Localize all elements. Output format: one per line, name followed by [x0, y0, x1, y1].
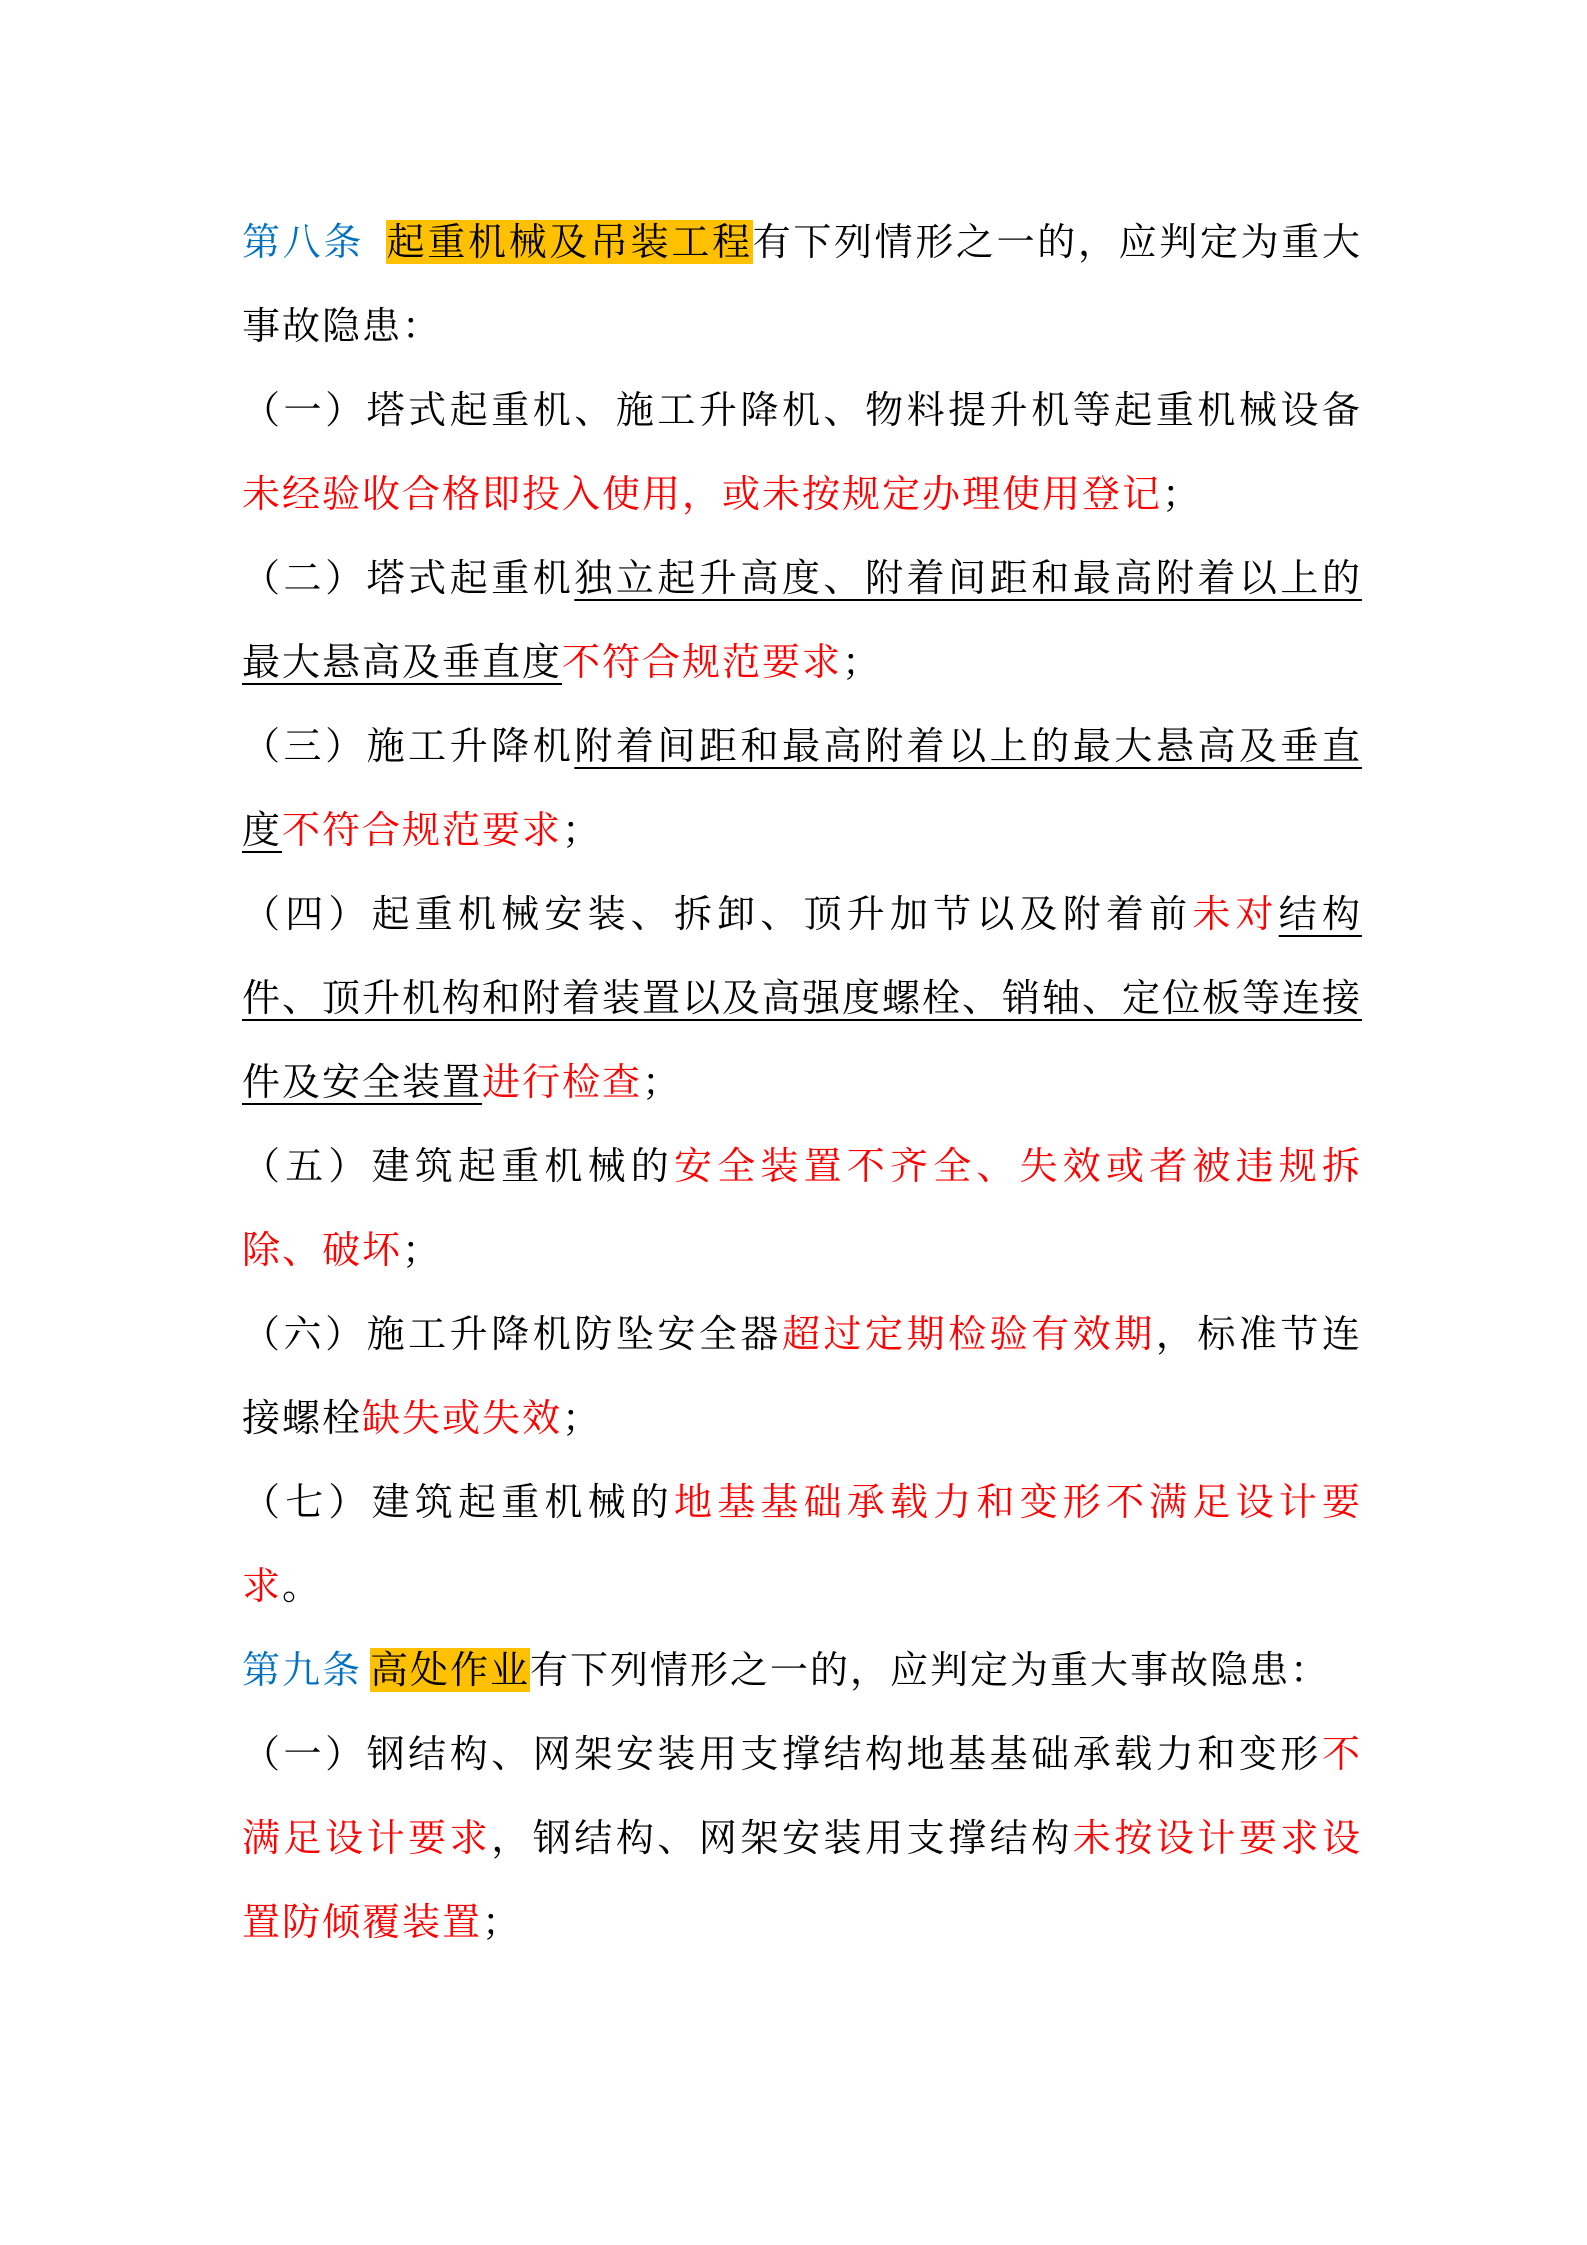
item-emphasis: 未经验收合格即投入使用，或未按规定办理使用登记 [242, 472, 1162, 516]
item-number: （六） [242, 1312, 367, 1356]
item-emphasis: 缺失或失效 [362, 1396, 562, 1440]
item-emphasis: 超过定期检验有效期 [782, 1312, 1156, 1356]
article-8-item-4: （四）起重机械安装、拆卸、顶升加节以及附着前未对结构件、顶升机构和附着装置以及高… [242, 872, 1362, 1124]
item-text: ，钢结构、网架安装用支撑结构 [491, 1816, 1073, 1860]
article-9-intro: 第九条高处作业有下列情形之一的，应判定为重大事故隐患： [242, 1628, 1362, 1712]
item-end: ； [402, 1228, 442, 1272]
article-9-intro-text: 有下列情形之一的，应判定为重大事故隐患： [530, 1648, 1330, 1692]
item-end: ； [482, 1900, 522, 1944]
article-8-item-7: （七）建筑起重机械的地基基础承载力和变形不满足设计要求。 [242, 1460, 1362, 1628]
article-9-topic-highlight: 高处作业 [370, 1648, 530, 1692]
article-9-item-1: （一）钢结构、网架安装用支撑结构地基基础承载力和变形不满足设计要求，钢结构、网架… [242, 1712, 1362, 1964]
item-number: （一） [242, 388, 367, 432]
item-emphasis: 不符合规范要求 [562, 640, 842, 684]
item-emphasis: 不符合规范要求 [282, 808, 562, 852]
item-number: （一） [242, 1732, 367, 1776]
item-number: （五） [242, 1144, 372, 1188]
article-8-item-2: （二）塔式起重机独立起升高度、附着间距和最高附着以上的最大悬高及垂直度不符合规范… [242, 536, 1362, 704]
item-end: ； [642, 1060, 682, 1104]
item-number: （二） [242, 556, 367, 600]
item-end: ； [562, 1396, 602, 1440]
item-text: 钢结构、网架安装用支撑结构地基基础承载力和变形 [367, 1732, 1322, 1776]
article-8-intro: 第八条起重机械及吊装工程有下列情形之一的，应判定为重大事故隐患： [242, 200, 1362, 368]
article-8-item-1: （一）塔式起重机、施工升降机、物料提升机等起重机械设备未经验收合格即投入使用，或… [242, 368, 1362, 536]
article-8-label: 第八条 [242, 220, 364, 264]
item-number: （七） [242, 1480, 372, 1524]
item-end: ； [1162, 472, 1202, 516]
article-9-label: 第九条 [242, 1648, 362, 1692]
article-8-item-3: （三）施工升降机附着间距和最高附着以上的最大悬高及垂直度不符合规范要求； [242, 704, 1362, 872]
article-8-item-5: （五）建筑起重机械的安全装置不齐全、失效或者被违规拆除、破坏； [242, 1124, 1362, 1292]
item-end: ； [842, 640, 882, 684]
item-text: 塔式起重机 [367, 556, 575, 600]
item-text: 建筑起重机械的 [372, 1144, 674, 1188]
article-8-topic-highlight: 起重机械及吊装工程 [386, 220, 753, 264]
item-text: 施工升降机 [367, 724, 575, 768]
item-number: （四） [242, 892, 372, 936]
item-text: 建筑起重机械的 [372, 1480, 674, 1524]
item-text: 塔式起重机、施工升降机、物料提升机等起重机械设备 [367, 388, 1362, 432]
item-number: （三） [242, 724, 367, 768]
item-end: 。 [282, 1564, 322, 1608]
document-page: 第八条起重机械及吊装工程有下列情形之一的，应判定为重大事故隐患： （一）塔式起重… [242, 200, 1362, 1964]
item-emphasis: 进行检查 [482, 1060, 642, 1104]
item-text: 施工升降机防坠安全器 [367, 1312, 782, 1356]
item-end: ； [562, 808, 602, 852]
item-emphasis: 未对 [1192, 892, 1278, 936]
article-8-item-6: （六）施工升降机防坠安全器超过定期检验有效期，标准节连接螺栓缺失或失效； [242, 1292, 1362, 1460]
item-text: 起重机械安装、拆卸、顶升加节以及附着前 [372, 892, 1193, 936]
